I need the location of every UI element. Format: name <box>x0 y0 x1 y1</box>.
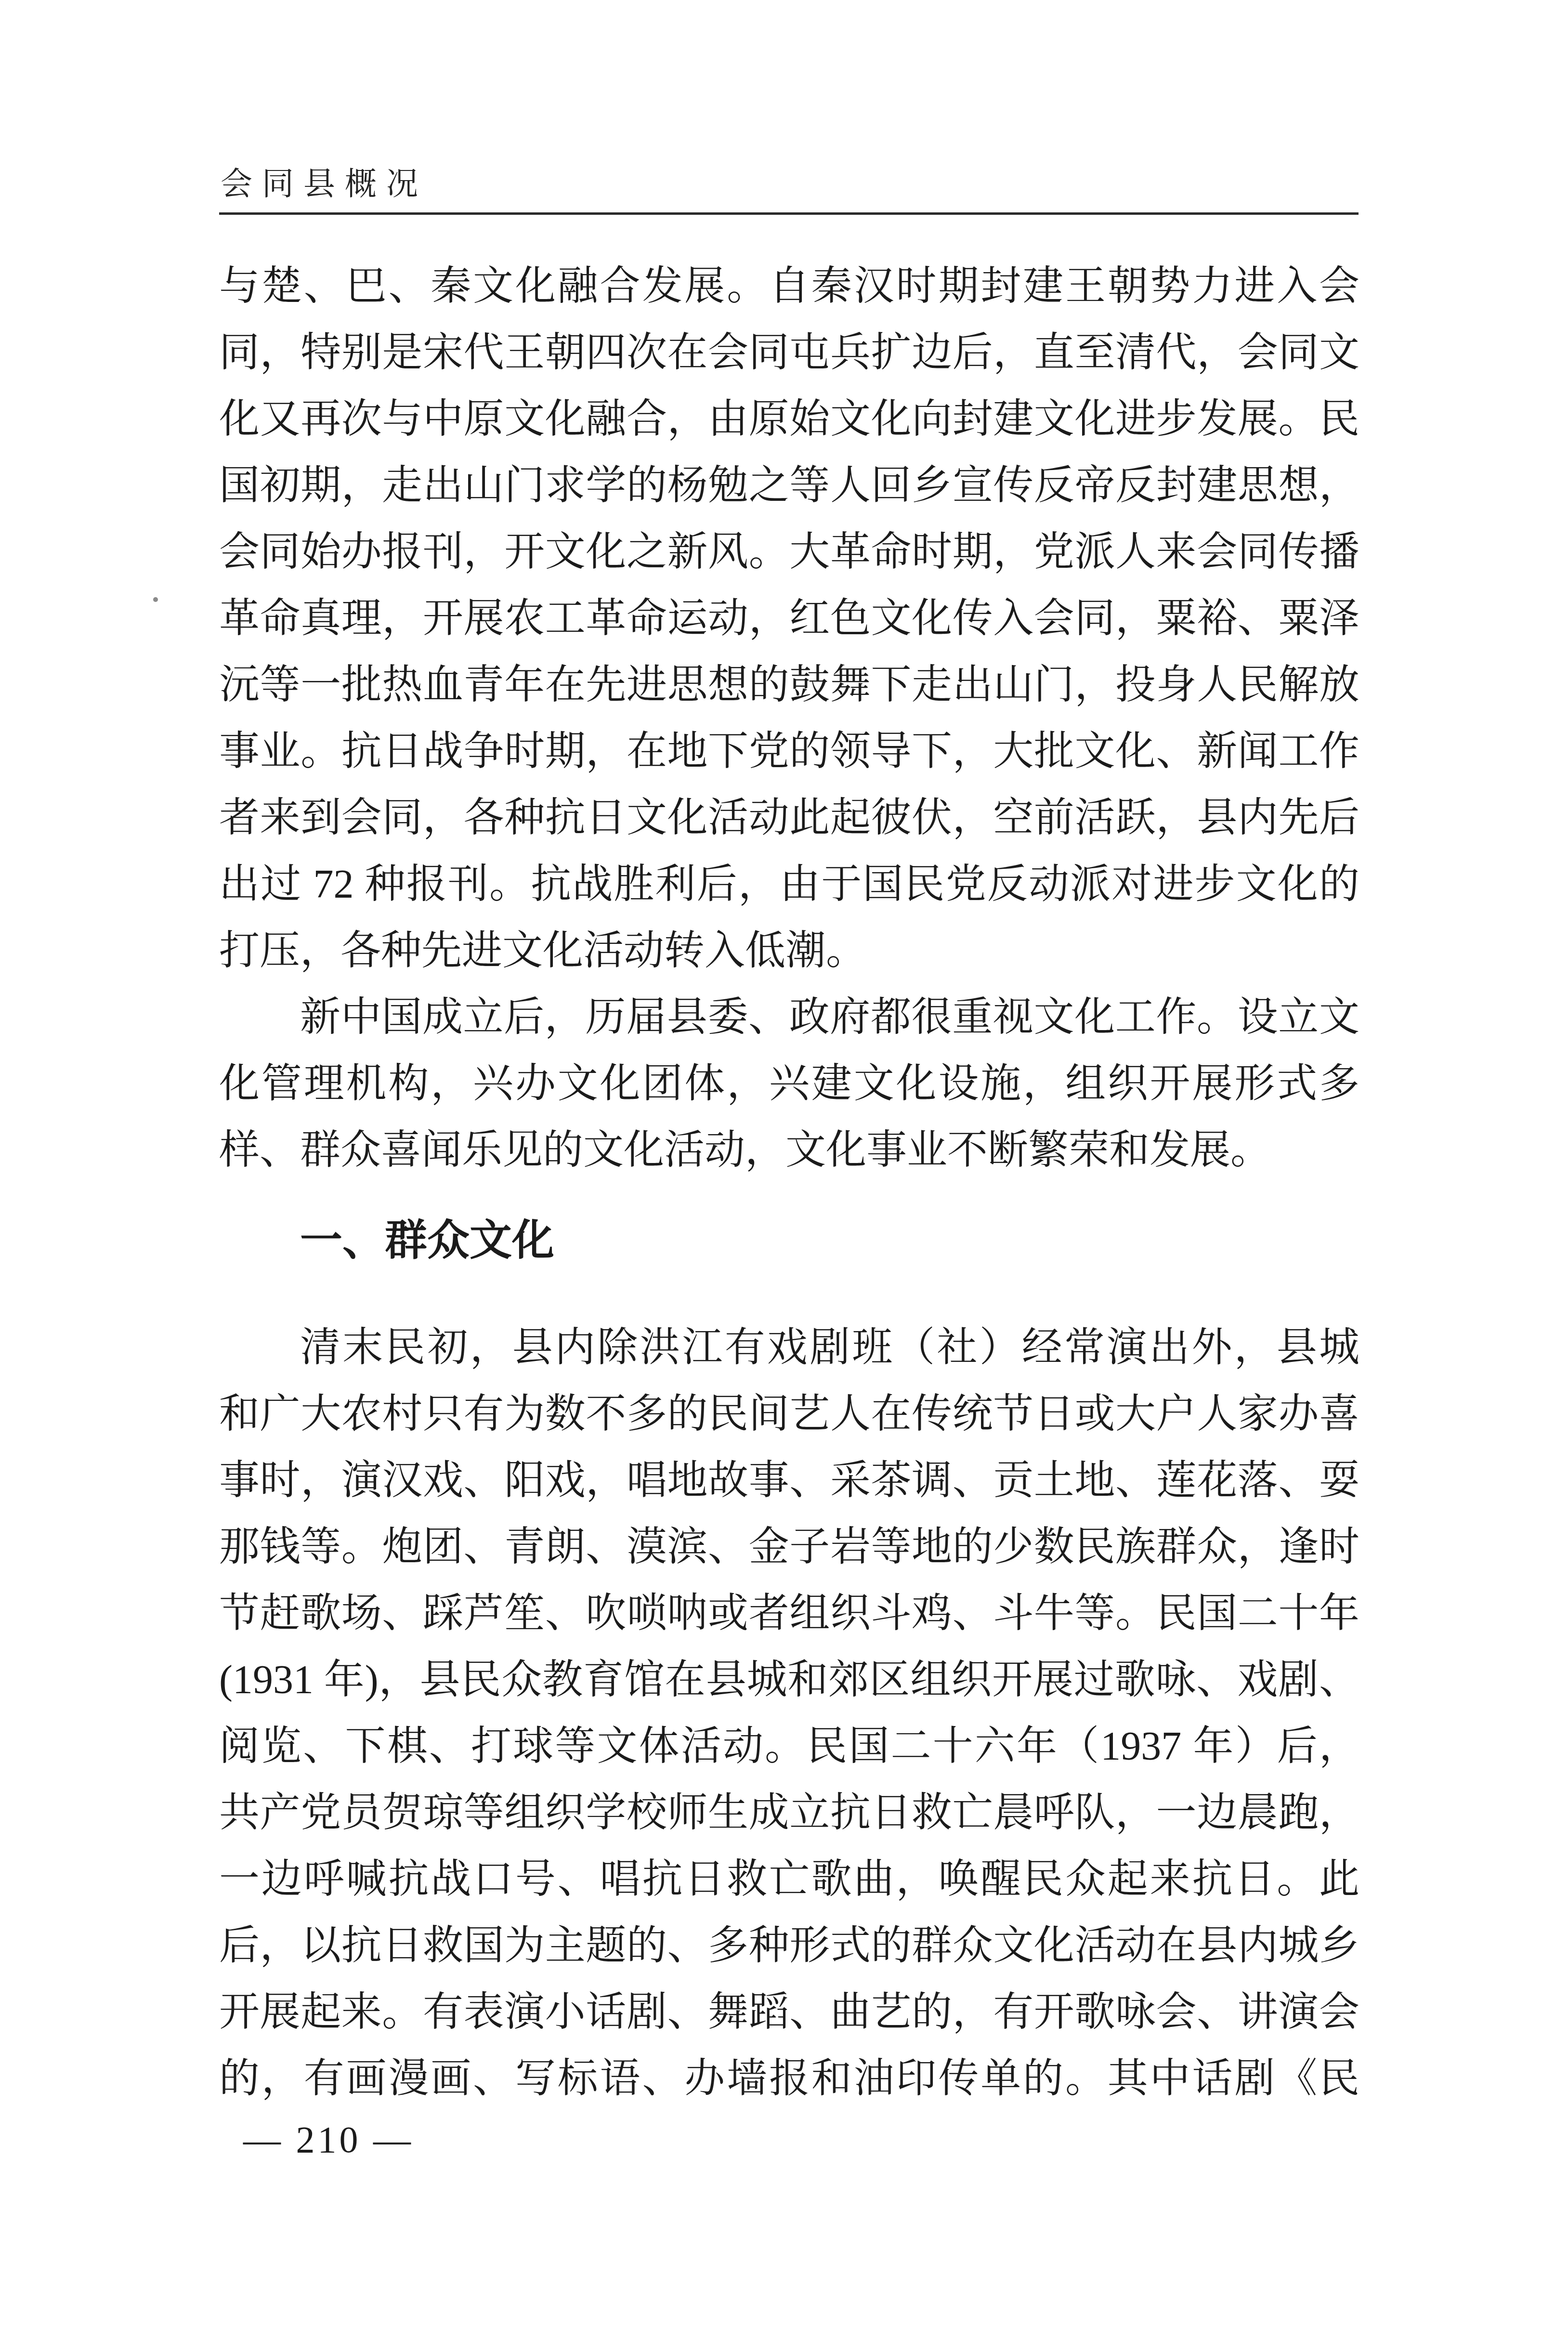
text-line: 样、群众喜闻乐见的文化活动，文化事业不断繁荣和发展。 <box>219 1117 1359 1184</box>
text-line: 节赶歌场、踩芦笙、吹唢呐或者组织斗鸡、斗牛等。民国二十年 <box>219 1581 1359 1647</box>
text-line: 沅等一批热血青年在先进思想的鼓舞下走出山门，投身人民解放 <box>219 652 1359 719</box>
text-line: 清末民初，县内除洪江有戏剧班（社）经常演出外，县城 <box>219 1315 1359 1381</box>
text-line: 者来到会同，各种抗日文化活动此起彼伏，空前活跃，县内先后 <box>219 785 1359 851</box>
text-line: 会同始办报刊，开文化之新风。大革命时期，党派人来会同传播 <box>219 519 1359 586</box>
text-line: 与楚、巴、秦文化融合发展。自秦汉时期封建王朝势力进入会 <box>219 253 1359 320</box>
text-line: 革命真理，开展农工革命运动，红色文化传入会同，粟裕、粟泽 <box>219 586 1359 652</box>
text-line: 化管理机构，兴办文化团体，兴建文化设施，组织开展形式多 <box>219 1051 1359 1117</box>
text-line: 后，以抗日救国为主题的、多种形式的群众文化活动在县内城乡 <box>219 1913 1359 1979</box>
text-line: 同，特别是宋代王朝四次在会同屯兵扩边后，直至清代，会同文 <box>219 320 1359 386</box>
text-line: 国初期，走出山门求学的杨勉之等人回乡宣传反帝反封建思想， <box>219 453 1359 519</box>
text-line: 事时，演汉戏、阳戏，唱地故事、采茶调、贡土地、莲花落、耍 <box>219 1448 1359 1514</box>
text-line: (1931 年)，县民众教育馆在县城和郊区组织开展过歌咏、戏剧、 <box>219 1647 1359 1713</box>
running-head: 会同县概况 <box>221 158 428 204</box>
header-rule <box>219 212 1359 215</box>
text-line: 事业。抗日战争时期，在地下党的领导下，大批文化、新闻工作 <box>219 719 1359 785</box>
text-line: 开展起来。有表演小话剧、舞蹈、曲艺的，有开歌咏会、讲演会 <box>219 1979 1359 2046</box>
section-heading: 一、群众文化 <box>219 1207 1359 1273</box>
text-line: 阅览、下棋、打球等文体活动。民国二十六年（1937 年）后， <box>219 1713 1359 1780</box>
text-line: 的，有画漫画、写标语、办墙报和油印传单的。其中话剧《民 <box>219 2046 1359 2112</box>
text-line: 打压，各种先进文化活动转入低潮。 <box>219 918 1359 984</box>
page-number: — 210 — <box>243 2118 414 2161</box>
text-line: 新中国成立后，历届县委、政府都很重视文化工作。设立文 <box>219 984 1359 1051</box>
text-line: 和广大农村只有为数不多的民间艺人在传统节日或大户人家办喜 <box>219 1381 1359 1448</box>
ink-speck <box>153 597 158 602</box>
page-body: 与楚、巴、秦文化融合发展。自秦汉时期封建王朝势力进入会同，特别是宋代王朝四次在会… <box>219 253 1359 2112</box>
text-line: 化又再次与中原文化融合，由原始文化向封建文化进步发展。民 <box>219 386 1359 453</box>
text-line: 那钱等。炮团、青朗、漠滨、金子岩等地的少数民族群众，逢时 <box>219 1514 1359 1581</box>
page: 会同县概况 与楚、巴、秦文化融合发展。自秦汉时期封建王朝势力进入会同，特别是宋代… <box>0 0 1568 2326</box>
text-line: 一边呼喊抗战口号、唱抗日救亡歌曲，唤醒民众起来抗日。此 <box>219 1846 1359 1913</box>
text-line: 共产党员贺琼等组织学校师生成立抗日救亡晨呼队，一边晨跑， <box>219 1780 1359 1846</box>
text-line: 出过 72 种报刊。抗战胜利后，由于国民党反动派对进步文化的 <box>219 851 1359 918</box>
